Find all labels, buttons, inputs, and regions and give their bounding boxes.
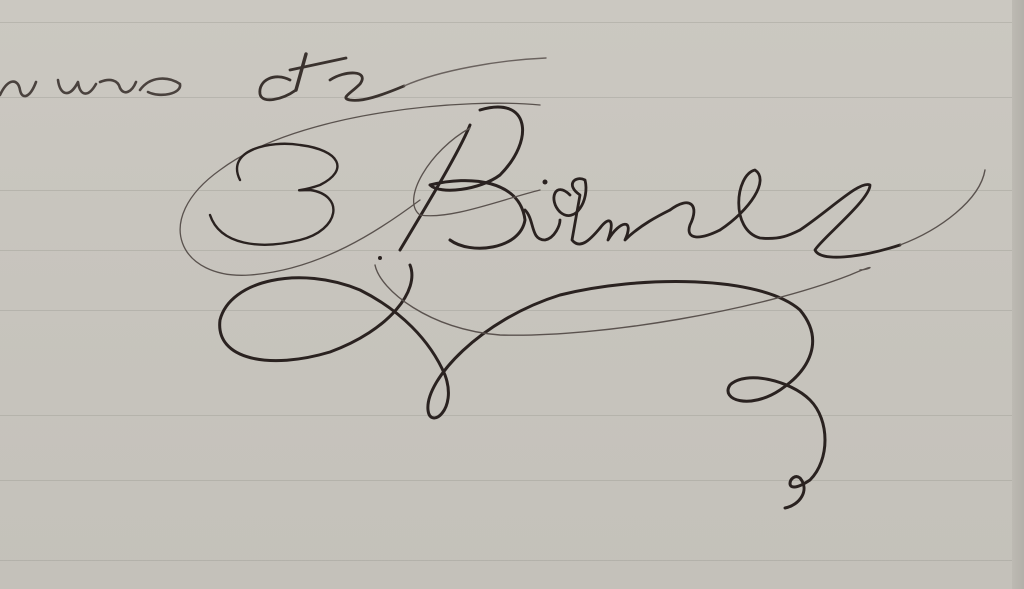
signature-lowercase xyxy=(525,170,985,257)
signature-capital-c xyxy=(210,144,337,245)
closing-word-2 xyxy=(260,54,546,100)
closing-word-1 xyxy=(0,79,180,97)
signature-capital-b xyxy=(400,107,525,250)
signature-lower-flourish xyxy=(220,265,870,508)
paper-sheet: yours &c C. Bidwell xyxy=(0,0,1024,589)
signature-dot xyxy=(378,256,382,260)
handwriting-ink xyxy=(0,0,1024,589)
signature-flourish-oval xyxy=(180,103,540,275)
